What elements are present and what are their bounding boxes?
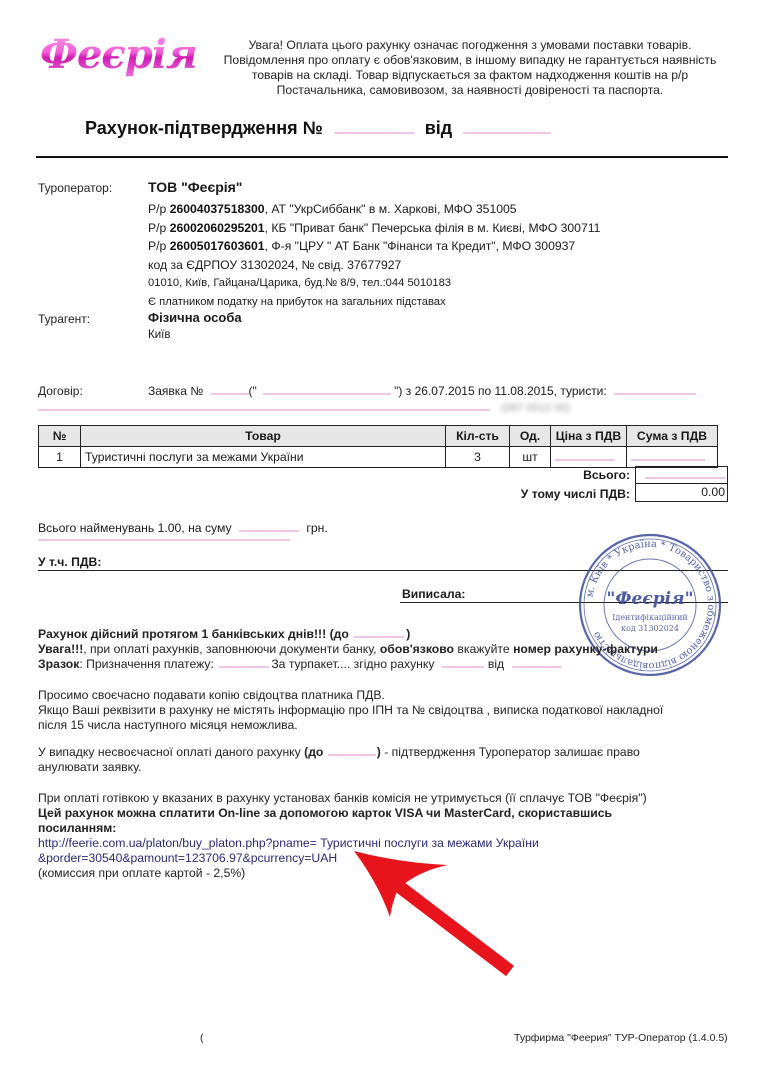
notice-line: Повідомлення про оплату є обов'язковим, …	[200, 53, 740, 68]
row-sum-redacted	[627, 447, 718, 468]
tax-status: Є платником податку на прибуток на загал…	[148, 293, 600, 312]
operator-details: Р/р 26004037518300, АТ "УкрСиббанк" в м.…	[148, 200, 600, 311]
agent-label: Турагент:	[38, 312, 90, 326]
tourists-redacted-2	[38, 401, 490, 411]
col-sum: Сума з ПДВ	[627, 426, 718, 447]
title-text: Рахунок-підтвердження №	[85, 118, 323, 138]
account-number: 26002060295201	[170, 221, 265, 235]
items-table: № Товар Кіл-сть Од. Ціна з ПДВ Сума з ПД…	[38, 425, 718, 468]
validity-section: Рахунок дійсний протягом 1 банківських д…	[38, 627, 728, 672]
footer-app-version: Турфирма "Феерия" ТУР-Оператор (1.4.0.5)	[514, 1032, 728, 1044]
online-note-2: посиланням:	[38, 821, 728, 836]
table-row: 1 Туристичні послуги за межами України 3…	[39, 447, 718, 468]
tourists-redacted	[614, 385, 696, 395]
phone-blurred: (067 0012 00)	[501, 402, 570, 414]
col-unit: Од.	[510, 426, 551, 447]
bank-account-3: Р/р 26005017603601, Ф-я "ЦРУ " АТ Банк "…	[148, 237, 600, 256]
header-divider	[36, 156, 728, 158]
col-price: Ціна з ПДВ	[551, 426, 627, 447]
notice-line: Увага! Оплата цього рахунку означає пого…	[200, 38, 740, 53]
valid-date-redacted	[354, 628, 404, 638]
cash-note: При оплаті готівкою у вказаних в рахунку…	[38, 791, 728, 806]
items-summary: Всього найменувань 1.00, на суму грн.	[38, 521, 328, 535]
vat-summary-label: У т.ч. ПДВ:	[38, 555, 101, 569]
row-number: 1	[39, 447, 81, 468]
request-number-redacted	[211, 385, 249, 395]
agent-city: Київ	[148, 329, 170, 341]
operator-name: ТОВ "Феєрія"	[148, 179, 242, 195]
contract-label: Договір:	[38, 384, 83, 398]
issued-by-label: Виписала:	[402, 587, 465, 601]
late-payment-section: У випадку несвоєчасної оплаті даного рах…	[38, 745, 728, 775]
purpose-redacted	[219, 658, 269, 668]
vat-note-2: після 15 числа наступного місяця неможли…	[38, 718, 728, 733]
col-number: №	[39, 426, 81, 447]
sum-redacted	[239, 522, 299, 532]
quote-open: ("	[249, 384, 257, 398]
vat-value: 0.00	[635, 484, 728, 502]
late-date-redacted	[328, 746, 376, 756]
warning-line: Увага!!!, при оплаті рахунків, заповнююч…	[38, 642, 728, 657]
travel-dates: ") з 26.07.2015 по 11.08.2015, туристи:	[394, 384, 607, 398]
account-number: 26004037518300	[170, 202, 265, 216]
sum-in-words-redacted	[38, 539, 290, 541]
request-label: Заявка №	[148, 384, 203, 398]
sample-number-redacted	[442, 658, 484, 668]
notice-line: товарів на складі. Товар відпускається з…	[200, 68, 740, 83]
row-qty: 3	[446, 447, 510, 468]
late-payment-line: У випадку несвоєчасної оплаті даного рах…	[38, 745, 728, 760]
vat-note-1: Якщо Ваші реквізити в рахунку не містять…	[38, 703, 728, 718]
agent-name: Фізична особа	[148, 310, 242, 325]
cancel-note: анулювати заявку.	[38, 760, 728, 775]
total-label: Всього:	[440, 468, 630, 482]
col-qty: Кіл-сть	[446, 426, 510, 447]
vat-section: Просимо своєчасно подавати копію свідоцт…	[38, 688, 728, 733]
sample-date-redacted	[512, 658, 562, 668]
red-arrow-icon	[340, 845, 530, 985]
bank-account-2: Р/р 26002060295201, КБ "Приват банк" Печ…	[148, 219, 600, 238]
notice-line: Постачальника, самовивозом, за наявності…	[200, 83, 740, 98]
document-title: Рахунок-підтвердження № від	[85, 118, 551, 139]
contract-line-2: (067 0012 00)	[38, 400, 570, 414]
col-item: Товар	[81, 426, 446, 447]
row-item: Туристичні послуги за межами України	[81, 447, 446, 468]
items-summary-text: Всього найменувань 1.00, на суму	[38, 521, 232, 535]
footer-left-mark: (	[200, 1032, 204, 1044]
invoice-date-redacted	[463, 124, 551, 134]
total-value-redacted	[635, 466, 728, 484]
sample-line: Зразок: Призначення платежу: За турпакет…	[38, 657, 728, 672]
payment-notice: Увага! Оплата цього рахунку означає пого…	[200, 38, 740, 98]
validity-line: Рахунок дійсний протягом 1 банківських д…	[38, 627, 728, 642]
contract-line: Заявка № (" ") з 26.07.2015 по 11.08.201…	[148, 384, 696, 398]
bank-account-1: Р/р 26004037518300, АТ "УкрСиббанк" в м.…	[148, 200, 600, 219]
row-price-redacted	[551, 447, 627, 468]
operator-address: 01010, Київ, Гайцана/Царика, буд.№ 8/9, …	[148, 274, 600, 293]
edrpou-code: код за ЄДРПОУ 31302024, № свід. 37677927	[148, 256, 600, 275]
online-note: Цей рахунок можна сплатити On-line за до…	[38, 806, 728, 821]
operator-label: Туроператор:	[38, 181, 112, 195]
request-name-redacted	[263, 385, 391, 395]
vat-request: Просимо своєчасно подавати копію свідоцт…	[38, 688, 728, 703]
invoice-number-redacted	[334, 124, 414, 134]
company-logo: Феєрія	[40, 30, 210, 80]
currency: грн.	[306, 521, 327, 535]
account-number: 26005017603601	[170, 239, 265, 253]
row-unit: шт	[510, 447, 551, 468]
svg-text:Ідентифікаційний: Ідентифікаційний	[612, 613, 688, 622]
vat-label: У тому числі ПДВ:	[440, 487, 630, 501]
svg-text:"Феєрія": "Феєрія"	[607, 589, 694, 609]
title-from: від	[425, 118, 453, 138]
table-header-row: № Товар Кіл-сть Од. Ціна з ПДВ Сума з ПД…	[39, 426, 718, 447]
